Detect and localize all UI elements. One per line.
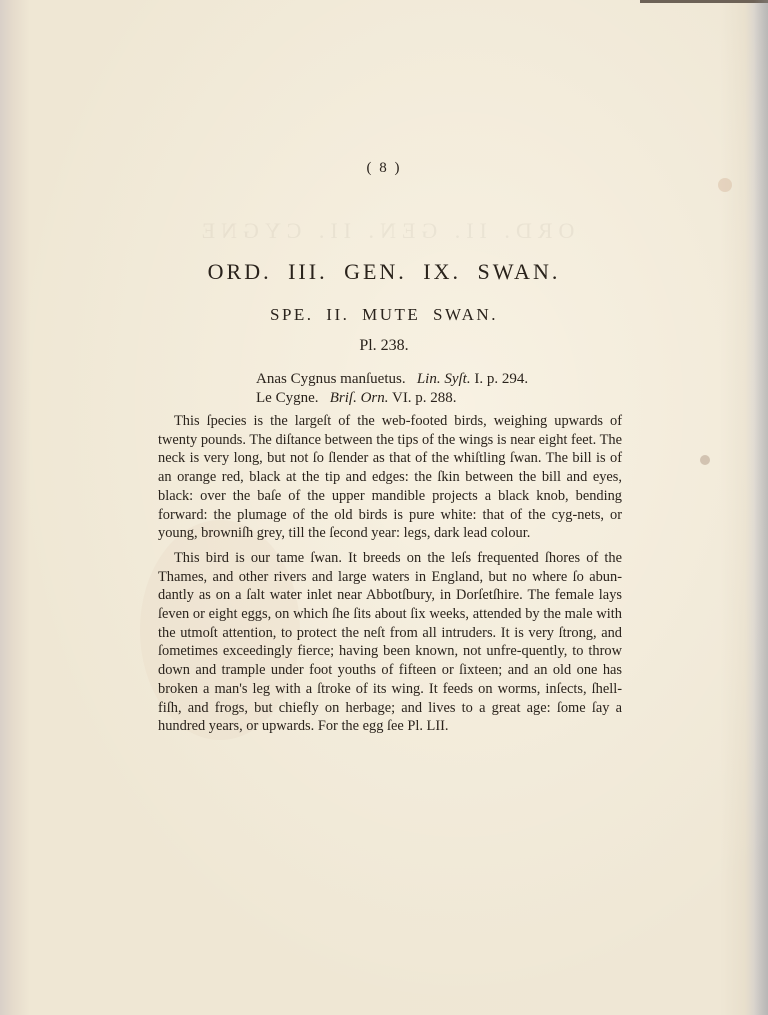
page-top-edge bbox=[640, 0, 768, 3]
plate-reference: Pl. 238. bbox=[0, 337, 768, 355]
synonym-name: Le Cygne. bbox=[256, 390, 318, 406]
synonym-page: VI. p. 288. bbox=[392, 390, 457, 406]
paper-stain bbox=[718, 178, 732, 192]
synonym-line: Anas Cygnus manſuetus. Lin. Syſt. I. p. … bbox=[256, 370, 528, 389]
paragraph: This bird is our tame ſwan. It breeds on… bbox=[158, 549, 622, 736]
species-heading: SPE. II. MUTE SWAN. bbox=[0, 305, 768, 325]
synonym-list: Anas Cygnus manſuetus. Lin. Syſt. I. p. … bbox=[256, 370, 528, 408]
synonym-name: Anas Cygnus manſuetus. bbox=[256, 371, 406, 387]
section-heading: ORD. III. GEN. IX. SWAN. bbox=[0, 259, 768, 285]
paper-stain bbox=[700, 455, 710, 465]
synonym-source: Lin. Syſt. bbox=[417, 371, 471, 387]
book-page: ORD. II. GEN. II. CYGNE ( 8 ) ORD. III. … bbox=[0, 0, 768, 1015]
paragraph: This ſpecies is the largeſt of the web-f… bbox=[158, 412, 622, 543]
page-number: ( 8 ) bbox=[0, 160, 768, 177]
synonym-page: I. p. 294. bbox=[474, 371, 528, 387]
synonym-line: Le Cygne. Briſ. Orn. VI. p. 288. bbox=[256, 389, 528, 408]
body-text: This ſpecies is the largeſt of the web-f… bbox=[158, 412, 622, 742]
bleed-through-text: ORD. II. GEN. II. CYGNE bbox=[175, 218, 595, 244]
page-right-edge-shadow bbox=[754, 0, 768, 1015]
synonym-source: Briſ. Orn. bbox=[330, 390, 389, 406]
